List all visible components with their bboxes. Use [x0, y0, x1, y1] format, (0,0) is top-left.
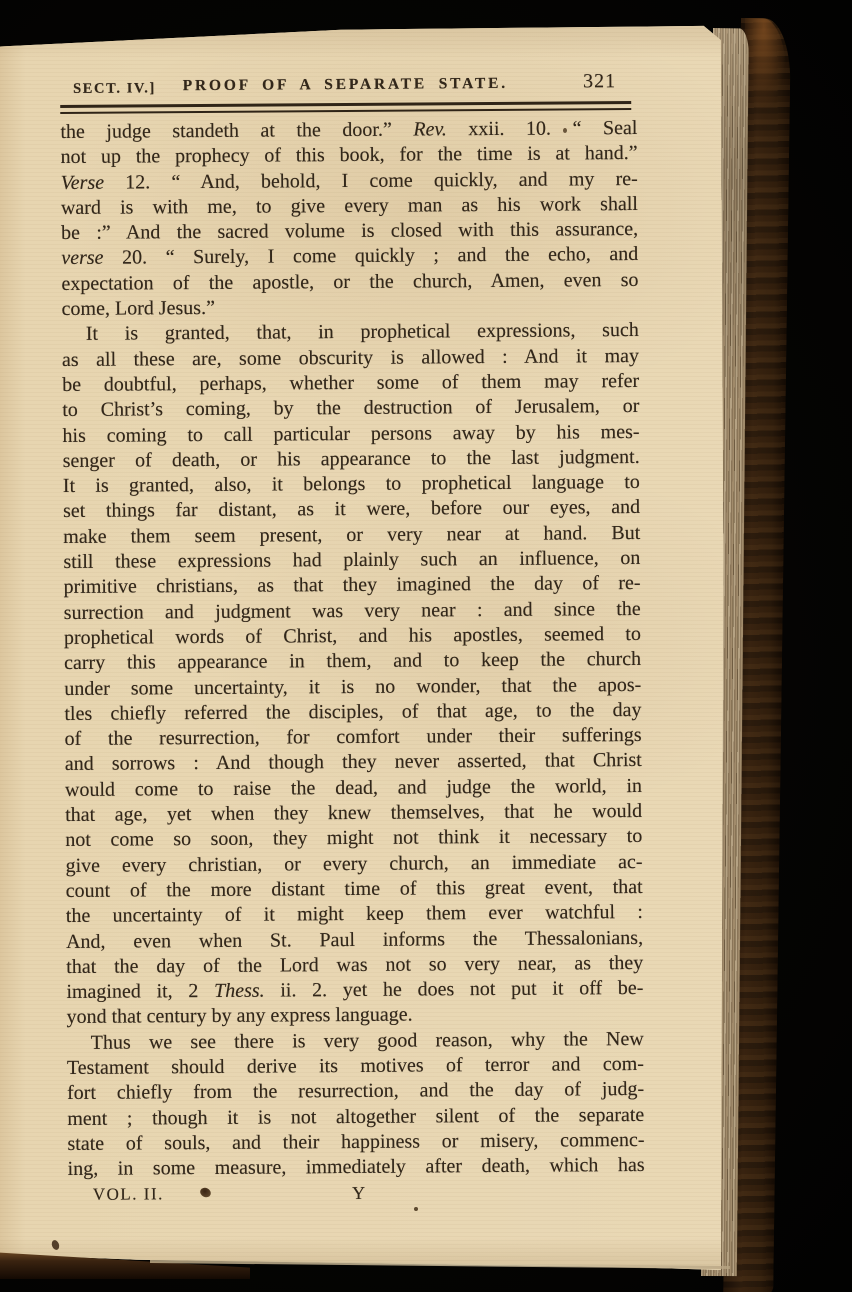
ink-speck — [414, 1207, 418, 1211]
ink-speck — [563, 128, 567, 133]
text-line: under some uncertainty, it is no wonder,… — [64, 673, 641, 702]
text-line: imagined it, 2 Thess. ii. 2. yet he does… — [66, 976, 643, 1005]
text-line: fort chiefly from the resurrection, and … — [67, 1077, 644, 1106]
text-line: not come so soon, they might not think i… — [65, 824, 642, 853]
text-line: It is granted, that, in prophetical expr… — [62, 318, 639, 347]
section-label: SECT. IV.] — [73, 80, 156, 98]
text-line: set things far distant, as it were, befo… — [63, 495, 640, 524]
text-line: not up the prophecy of this book, for th… — [60, 141, 637, 170]
page-header: SECT. IV.] PROOF OF A SEPARATE STATE. 32… — [60, 72, 637, 102]
text-line: And, even when St. Paul informs the Thes… — [66, 925, 643, 954]
text-line: his coming to call particular persons aw… — [62, 420, 639, 449]
book-scan: SECT. IV.] PROOF OF A SEPARATE STATE. 32… — [0, 0, 852, 1292]
page-number: 321 — [583, 70, 616, 93]
text-line: give every christian, or every church, a… — [65, 850, 642, 879]
text-line: the uncertainty of it might keep them ev… — [66, 900, 643, 929]
volume-label: VOL. II. — [93, 1185, 164, 1205]
signature-mark: Y — [352, 1183, 366, 1204]
body-lines: the judge standeth at the door.” Rev. xx… — [60, 116, 644, 1182]
header-rule — [60, 101, 631, 114]
text-line: ing, in some measure, immediately after … — [68, 1153, 645, 1182]
text-line: verse 20. “ Surely, I come quickly ; and… — [61, 242, 638, 271]
page-content: SECT. IV.] PROOF OF A SEPARATE STATE. 32… — [60, 72, 645, 1209]
text-line: Verse 12. “ And, behold, I come quickly,… — [61, 167, 638, 196]
running-title: PROOF OF A SEPARATE STATE. — [183, 75, 508, 95]
text-line: surrection and judgment was very near : … — [64, 597, 641, 626]
text-line: ment ; though it is not altogether silen… — [67, 1103, 644, 1132]
text-line: expectation of the apostle, or the churc… — [61, 268, 638, 297]
text-line: to Christ’s coming, by the destruction o… — [62, 394, 639, 423]
text-line: carry this appearance in them, and to ke… — [64, 647, 641, 676]
text-line: primitive christians, as that they imagi… — [63, 571, 640, 600]
page-footer: VOL. II. Y — [68, 1181, 645, 1209]
text-line: and sorrows : And though they never asse… — [65, 748, 642, 777]
